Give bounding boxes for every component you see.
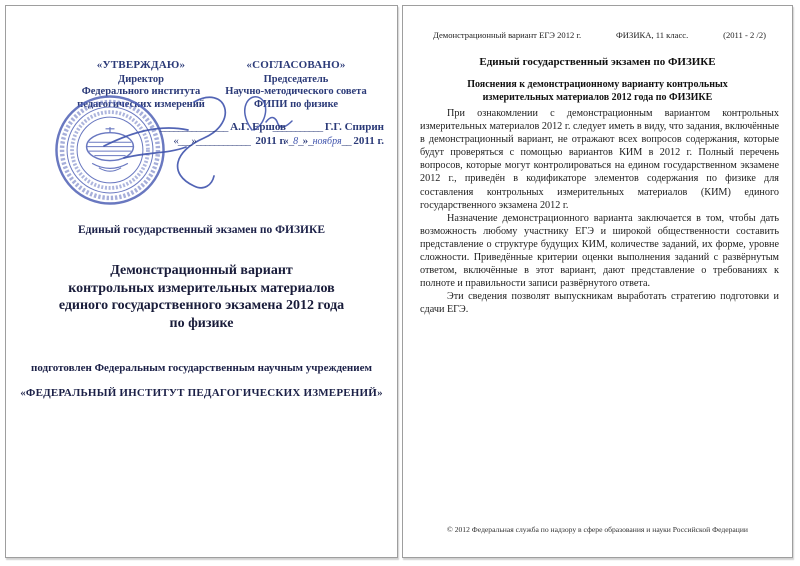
date-row-spirin: «_8_»_ноября__ 2011 г.: [224, 134, 384, 149]
paragraph-2: Назначение демонстрационного варианта за…: [420, 212, 779, 291]
main-title-line3: единого государственного экзамена 2012 г…: [6, 297, 397, 315]
page-left-title-page: «УТВЕРЖДАЮ» Директор Федерального инстит…: [5, 5, 398, 558]
header-variant-label: Демонстрационный вариант ЕГЭ 2012 г.: [433, 30, 581, 40]
signer-name-spirin: Г.Г. Спирин: [325, 121, 384, 133]
paragraph-3: Эти сведения позволят выпускникам вырабо…: [420, 290, 779, 316]
date-year: 2011 г.: [353, 135, 384, 147]
explanations-subheading: Пояснения к демонстрационному варианту к…: [435, 79, 760, 104]
header-subject-label: ФИЗИКА, 11 класс.: [616, 30, 688, 40]
exam-heading: Единый государственный экзамен по ФИЗИКЕ: [403, 56, 792, 68]
main-title-line1: Демонстрационный вариант: [6, 262, 397, 280]
institute-name-line: «ФЕДЕРАЛЬНЫЙ ИНСТИТУТ ПЕДАГОГИЧЕСКИХ ИЗМ…: [6, 387, 397, 399]
signature-block-spirin: ___________ Г.Г. Спирин «_8_»_ноября__ 2…: [224, 120, 384, 149]
running-header: Демонстрационный вариант ЕГЭ 2012 г. ФИЗ…: [433, 30, 766, 40]
main-title-line4: по физике: [6, 315, 397, 333]
header-page-indicator: (2011 - 2 /2): [723, 30, 766, 40]
page-right-explanations: Демонстрационный вариант ЕГЭ 2012 г. ФИЗ…: [402, 5, 793, 558]
month-underscore2: __: [342, 135, 351, 147]
prepared-by-line: подготовлен Федеральным государственным …: [6, 362, 397, 374]
handwritten-month: ноября: [313, 135, 342, 149]
agreed-role: Председатель: [206, 74, 386, 87]
document-scan: { "page_left": { "approve_left": { "titl…: [0, 0, 800, 566]
body-text: При ознакомлении с демонстрационным вари…: [420, 107, 779, 317]
main-title-line2: контрольных измерительных материалов: [6, 280, 397, 298]
agreed-label: «СОГЛАСОВАНО»: [206, 59, 386, 72]
exam-heading: Единый государственный экзамен по ФИЗИКЕ: [6, 224, 397, 236]
copyright-footer: © 2012 Федеральная служба по надзору в с…: [403, 525, 792, 534]
signature-line: _______________: [160, 121, 228, 133]
paragraph-1: При ознакомлении с демонстрационным вари…: [420, 107, 779, 212]
signature-row-spirin: ___________ Г.Г. Спирин: [224, 120, 384, 134]
signature-line: ___________: [273, 121, 323, 133]
main-title-block: Демонстрационный вариант контрольных изм…: [6, 262, 397, 332]
